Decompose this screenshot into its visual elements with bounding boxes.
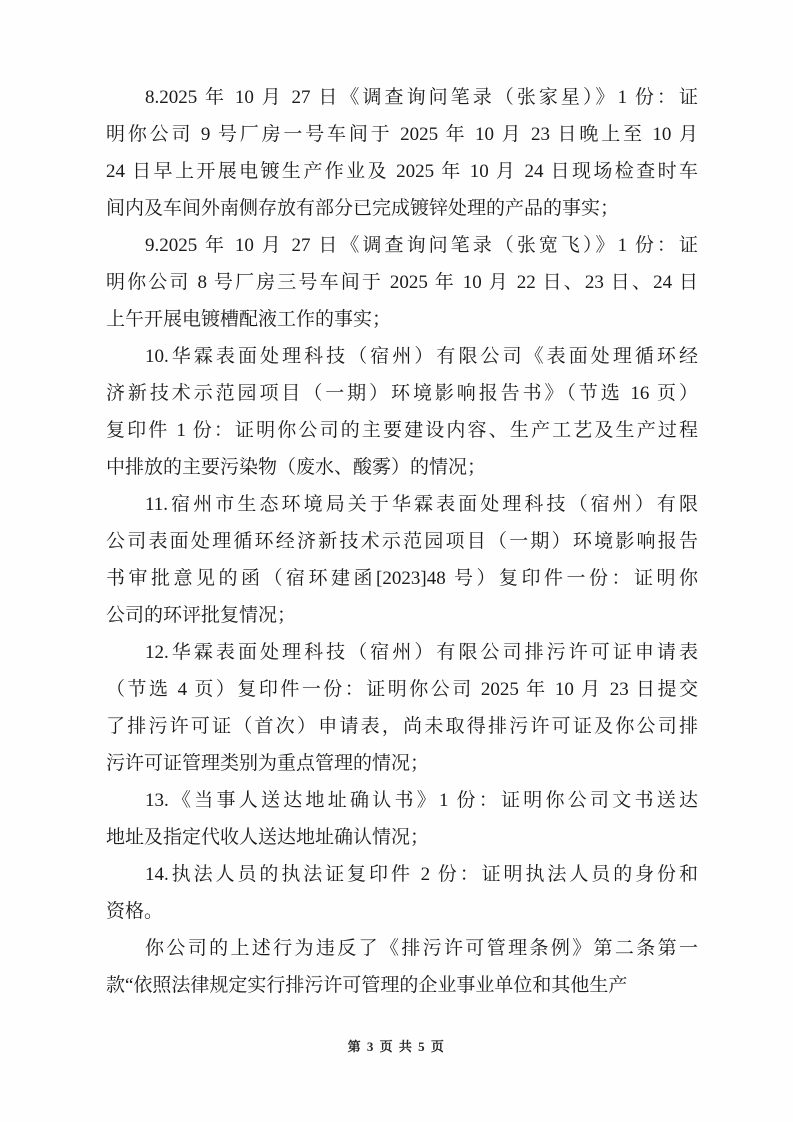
text-line: 13.《当事人送达地址确认书》1 份：证明你公司文书送达 xyxy=(106,782,698,819)
paragraph: 8.2025 年 10 月 27 日《调查询问笔录（张家星）》1 份：证明你公司… xyxy=(106,79,698,227)
text-line: 明你公司 8 号厂房三号车间于 2025 年 10 月 22 日、23 日、24… xyxy=(106,264,698,301)
text-line: 公司表面处理循环经济新技术示范园项目（一期）环境影响报告 xyxy=(106,523,698,560)
paragraph: 10.华霖表面处理科技（宿州）有限公司《表面处理循环经济新技术示范园项目（一期）… xyxy=(106,338,698,486)
paragraph: 9.2025 年 10 月 27 日《调查询问笔录（张宽飞）》1 份：证明你公司… xyxy=(106,227,698,338)
page-footer: 第 3 页 共 5 页 xyxy=(0,1036,793,1056)
text-line: 明你公司 9 号厂房一号车间于 2025 年 10 月 23 日晚上至 10 月 xyxy=(106,116,698,153)
text-line: 你公司的上述行为违反了《排污许可管理条例》第二条第一 xyxy=(106,930,698,967)
text-line: 污许可证管理类别为重点管理的情况； xyxy=(106,745,698,782)
text-line: 12.华霖表面处理科技（宿州）有限公司排污许可证申请表 xyxy=(106,634,698,671)
text-line: 9.2025 年 10 月 27 日《调查询问笔录（张宽飞）》1 份：证 xyxy=(106,227,698,264)
paragraph: 14.执法人员的执法证复印件 2 份：证明执法人员的身份和资格。 xyxy=(106,856,698,930)
text-line: 中排放的主要污染物（废水、酸雾）的情况； xyxy=(106,449,698,486)
paragraph: 12.华霖表面处理科技（宿州）有限公司排污许可证申请表（节选 4 页）复印件一份… xyxy=(106,634,698,782)
text-line: 资格。 xyxy=(106,893,698,930)
paragraph: 11.宿州市生态环境局关于华霖表面处理科技（宿州）有限公司表面处理循环经济新技术… xyxy=(106,486,698,634)
text-line: 款“依照法律规定实行排污许可管理的企业事业单位和其他生产 xyxy=(106,967,698,1004)
text-line: 复印件 1 份：证明你公司的主要建设内容、生产工艺及生产过程 xyxy=(106,412,698,449)
text-line: 24 日早上开展电镀生产作业及 2025 年 10 月 24 日现场检查时车 xyxy=(106,153,698,190)
text-line: 书审批意见的函（宿环建函[2023]48 号）复印件一份：证明你 xyxy=(106,560,698,597)
text-line: 了排污许可证（首次）申请表，尚未取得排污许可证及你公司排 xyxy=(106,708,698,745)
paragraph: 13.《当事人送达地址确认书》1 份：证明你公司文书送达地址及指定代收人送达地址… xyxy=(106,782,698,856)
text-line: 间内及车间外南侧存放有部分已完成镀锌处理的产品的事实； xyxy=(106,190,698,227)
paragraph: 你公司的上述行为违反了《排污许可管理条例》第二条第一款“依照法律规定实行排污许可… xyxy=(106,930,698,1004)
page-number: 第 3 页 共 5 页 xyxy=(348,1039,446,1054)
text-line: 11.宿州市生态环境局关于华霖表面处理科技（宿州）有限 xyxy=(106,486,698,523)
text-line: 济新技术示范园项目（一期）环境影响报告书》（节选 16 页） xyxy=(106,375,698,412)
document-body: 8.2025 年 10 月 27 日《调查询问笔录（张家星）》1 份：证明你公司… xyxy=(106,79,698,1004)
text-line: （节选 4 页）复印件一份：证明你公司 2025 年 10 月 23 日提交 xyxy=(106,671,698,708)
text-line: 8.2025 年 10 月 27 日《调查询问笔录（张家星）》1 份：证 xyxy=(106,79,698,116)
document-page: 8.2025 年 10 月 27 日《调查询问笔录（张家星）》1 份：证明你公司… xyxy=(0,0,793,1122)
text-line: 公司的环评批复情况； xyxy=(106,597,698,634)
text-line: 14.执法人员的执法证复印件 2 份：证明执法人员的身份和 xyxy=(106,856,698,893)
text-line: 上午开展电镀槽配液工作的事实； xyxy=(106,301,698,338)
text-line: 地址及指定代收人送达地址确认情况； xyxy=(106,819,698,856)
text-line: 10.华霖表面处理科技（宿州）有限公司《表面处理循环经 xyxy=(106,338,698,375)
